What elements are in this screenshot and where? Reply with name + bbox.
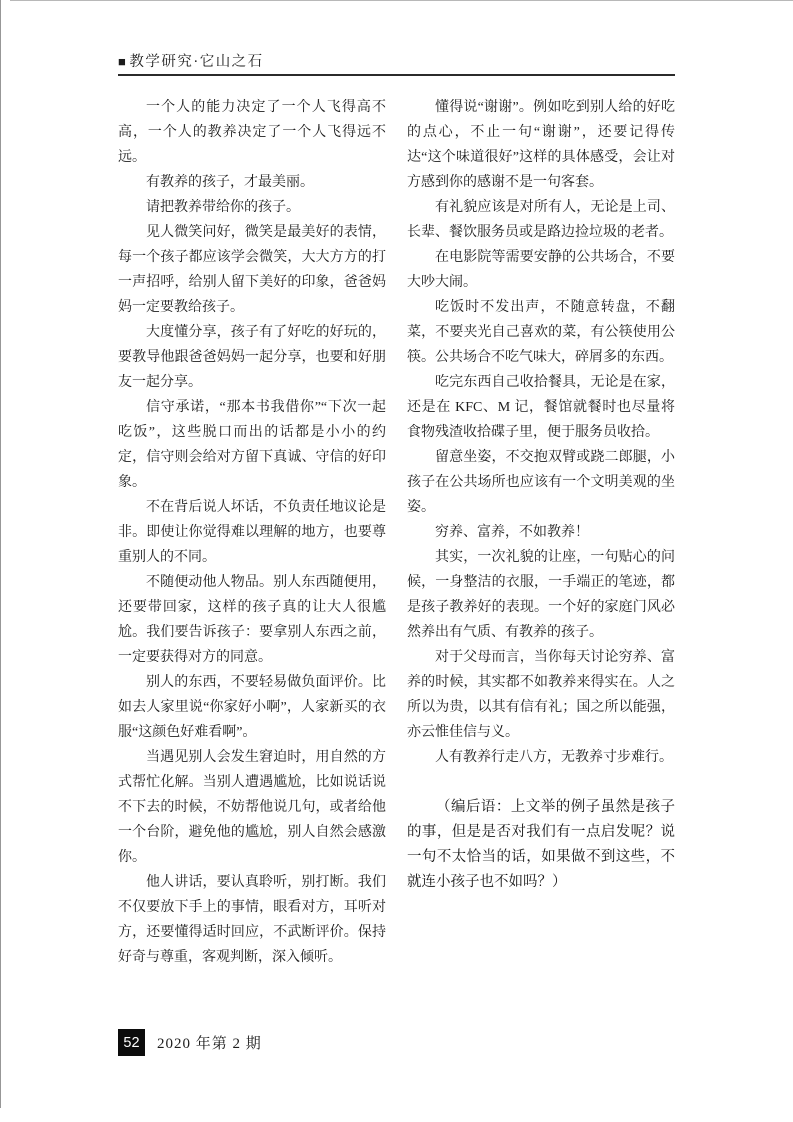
page-footer: 52 2020 年第 2 期 (118, 1029, 262, 1056)
left-column: 一个人的能力决定了一个人飞得高不高，一个人的教养决定了一个人飞得远不远。有教养的… (118, 95, 386, 970)
paragraph: 不随便动他人物品。别人东西随便用，还要带回家，这样的孩子真的让大人很尴尬。我们要… (118, 570, 386, 670)
paragraph: 有礼貌应该是对所有人，无论是上司、长辈、餐饮服务员或是路边捡垃圾的老者。 (407, 195, 675, 245)
paragraph: 穷养、富养，不如教养！ (407, 520, 675, 545)
article-body: 一个人的能力决定了一个人飞得高不高，一个人的教养决定了一个人飞得远不远。有教养的… (118, 95, 675, 970)
paragraph: 当遇见别人会发生窘迫时，用自然的方式帮忙化解。当别人遭遇尴尬，比如说话说不下去的… (118, 745, 386, 870)
paragraph: 有教养的孩子，才最美丽。 (118, 170, 386, 195)
paragraph: 吃饭时不发出声，不随意转盘，不翻菜，不要夹光自己喜欢的菜，有公筷使用公筷。公共场… (407, 295, 675, 370)
issue-label: 2020 年第 2 期 (157, 1032, 262, 1053)
scan-edge-left (0, 0, 1, 1108)
paragraph: 其实，一次礼貌的让座，一句贴心的问候，一身整洁的衣服，一手端正的笔迹，都是孩子教… (407, 545, 675, 645)
section-title: 教学研究·它山之石 (129, 54, 263, 70)
paragraph: 见人微笑问好，微笑是最美好的表情，每一个孩子都应该学会微笑，大大方方的打一声招呼… (118, 220, 386, 320)
paragraph: 他人讲话，要认真聆听，别打断。我们不仅要放下手上的事情，眼看对方，耳听对方，还要… (118, 870, 386, 970)
paragraph: 信守承诺，“那本书我借你”“下次一起吃饭”，这些脱口而出的话都是小小的约定，信守… (118, 395, 386, 495)
editor-note: （编后语：上文举的例子虽然是孩子的事，但是是否对我们有一点启发呢？说一句不太恰当… (407, 795, 675, 895)
paragraph: 留意坐姿，不交抱双臂或跷二郎腿，小孩子在公共场所也应该有一个文明美观的坐姿。 (407, 445, 675, 520)
right-column-paragraphs: 懂得说“谢谢”。例如吃到别人给的好吃的点心，不止一句“谢谢”，还要记得传达“这个… (407, 95, 675, 770)
page-number-badge: 52 (118, 1029, 145, 1056)
paragraph: 请把教养带给你的孩子。 (118, 195, 386, 220)
paragraph: 一个人的能力决定了一个人飞得高不高，一个人的教养决定了一个人飞得远不远。 (118, 95, 386, 170)
magazine-page: ■教学研究·它山之石 一个人的能力决定了一个人飞得高不高，一个人的教养决定了一个… (0, 0, 793, 1122)
scan-edge-top (10, 0, 793, 1)
section-marker-icon: ■ (118, 54, 127, 69)
paragraph: 人有教养行走八方，无教养寸步难行。 (407, 745, 675, 770)
paragraph: 大度懂分享，孩子有了好吃的好玩的，要教导他跟爸爸妈妈一起分享，也要和好朋友一起分… (118, 320, 386, 395)
right-column: 懂得说“谢谢”。例如吃到别人给的好吃的点心，不止一句“谢谢”，还要记得传达“这个… (407, 95, 675, 970)
paragraph: 对于父母而言，当你每天讨论穷养、富养的时候，其实都不如教养来得实在。人之所以为贵… (407, 645, 675, 745)
paragraph: 懂得说“谢谢”。例如吃到别人给的好吃的点心，不止一句“谢谢”，还要记得传达“这个… (407, 95, 675, 195)
paragraph: 吃完东西自己收拾餐具，无论是在家，还是在 KFC、M 记，餐馆就餐时也尽量将食物… (407, 370, 675, 445)
section-header: ■教学研究·它山之石 (118, 50, 675, 76)
paragraph: 别人的东西，不要轻易做负面评价。比如去人家里说“你家好小啊”，人家新买的衣服“这… (118, 670, 386, 745)
paragraph: 在电影院等需要安静的公共场合，不要大吵大闹。 (407, 245, 675, 295)
paragraph: 不在背后说人坏话，不负责任地议论是非。即使让你觉得难以理解的地方，也要尊重别人的… (118, 495, 386, 570)
